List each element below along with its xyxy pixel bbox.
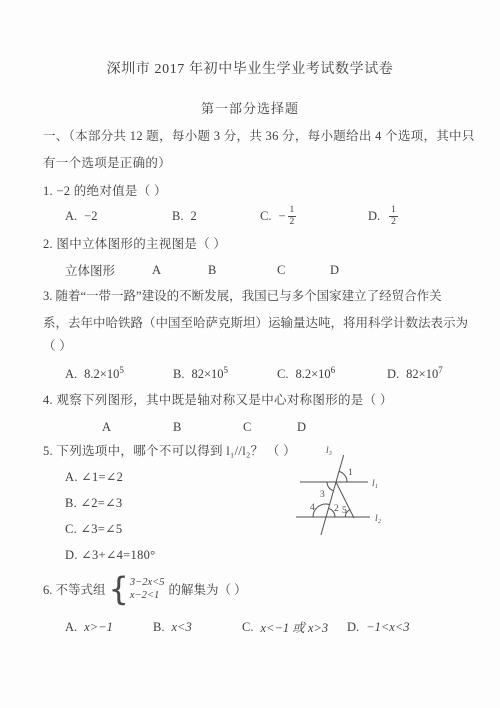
question-1-option-c: C. − 1 2	[260, 202, 296, 230]
fraction-denominator: 2	[391, 217, 396, 228]
question-5-option-c: C. ∠3=∠5	[65, 521, 122, 537]
question-3-line1: 3. 随着“一带一路”建设的不断发展，我国已与多个国家建立了经贸合作关	[43, 288, 442, 304]
option-value: −1<x<3	[366, 620, 409, 635]
page-title: 深圳市 2017 年初中毕业生学业考试数学试卷	[0, 62, 500, 78]
question-3-option-a: A. 8.2×105	[65, 360, 124, 388]
option-value: 8.2×106	[295, 367, 335, 382]
exponent: 6	[331, 364, 336, 374]
angle-2-label: 2	[334, 504, 339, 514]
question-6-option-d: D. −1<x<3	[347, 613, 410, 641]
question-5-stem: 5. 下列选项中，哪个不可以得到 l₁//l₂？ （ ）	[43, 443, 296, 459]
inequality-bottom: x−2<1	[130, 589, 165, 602]
angle-3-label: 3	[320, 490, 325, 500]
question-4-choices-row: A B C D	[0, 413, 500, 441]
choice-letter-b: B	[208, 256, 216, 284]
question-4-stem: 4. 观察下列图形，其中既是轴对称又是中心对称图形的是（ ）	[43, 392, 393, 408]
exponent: 5	[119, 364, 124, 374]
option-label: A.	[65, 367, 77, 382]
label-l2: l₂	[375, 514, 382, 524]
question-5-option-b: B. ∠2=∠3	[65, 495, 122, 511]
option-label: D.	[387, 367, 399, 382]
question-1-options: A. −2 B. 2 C. − 1 2 D. 1 2	[0, 202, 500, 230]
question-1-option-a: A. −2	[65, 202, 97, 230]
angle-5-label: 5	[342, 506, 347, 516]
question-2-stem: 2. 图中立体图形的主视图是（ ）	[43, 236, 226, 252]
question-3-option-c: C. 8.2×106	[277, 360, 335, 388]
option-value: −2	[84, 209, 97, 224]
question-6-option-a: A. x>−1	[65, 613, 113, 641]
question-5-option-d: D. ∠3+∠4=180°	[65, 547, 155, 563]
question-5-option-a: A. ∠1=∠2	[65, 469, 123, 485]
angle-3-arc	[327, 482, 334, 491]
fraction-numerator: 1	[288, 205, 297, 217]
inequality-top: 3−2x<5	[130, 576, 165, 589]
angle-4-label: 4	[310, 503, 315, 513]
inequality-system: 3−2x<5 x−2<1	[130, 576, 165, 602]
system-brace: {	[109, 572, 129, 606]
question-3-option-d: D. 82×107	[387, 360, 443, 388]
question-6-stem: 6. 不等式组 { 3−2x<5 x−2<1 的解集为（ ）	[43, 570, 247, 608]
option-label: A.	[65, 620, 77, 635]
section-heading: 第一部分选择题	[0, 101, 500, 117]
choice-letter-a: A	[102, 413, 111, 441]
exam-page: 深圳市 2017 年初中毕业生学业考试数学试卷 第一部分选择题 一、（本部分共 …	[0, 0, 500, 708]
question-3-line2: 系，去年中哈铁路（中国至哈萨克斯坦）运输量达吨，将用科学计数法表示为	[43, 315, 468, 331]
choice-letter-d: D	[297, 413, 306, 441]
choice-letter-c: C	[277, 256, 285, 284]
choice-letter-b: B	[173, 413, 181, 441]
choice-letter-c: C	[243, 413, 251, 441]
question-6-suffix: 的解集为（ ）	[168, 580, 246, 598]
option-value: x<3	[171, 620, 191, 635]
option-label: C.	[277, 367, 288, 382]
question-3-option-b: B. 82×105	[173, 360, 228, 388]
option-value: 82×105	[191, 367, 228, 382]
question-6-option-c: C. x<−1 或 x>3	[242, 613, 328, 641]
question-6-option-b: B. x<3	[153, 613, 192, 641]
label-l3: l₃	[326, 446, 332, 456]
question-1-stem: 1. −2 的绝对值是（ ）	[43, 183, 167, 199]
question-1-option-d: D. 1 2	[368, 202, 398, 230]
section-intro-line1: 一、（本部分共 12 题，每小题 3 分，共 36 分，每小题给出 4 个选项，…	[43, 128, 475, 144]
parallel-lines-figure: l₃ l₁ l₂ 1 3 4 2 5	[288, 440, 433, 545]
fraction-denominator: 2	[290, 217, 295, 228]
option-value: 8.2×105	[84, 367, 124, 382]
option-label: C.	[242, 620, 253, 635]
solid-figure-label: 立体图形	[65, 256, 115, 284]
option-label: C.	[260, 209, 271, 224]
question-3-options: A. 8.2×105 B. 82×105 C. 8.2×106 D. 82×10…	[0, 360, 500, 388]
choice-letter-d: D	[330, 256, 339, 284]
option-value: 2	[190, 209, 196, 224]
fraction: 1 2	[288, 205, 297, 228]
fraction-numerator: 1	[389, 205, 398, 217]
question-6-options: A. x>−1 B. x<3 C. x<−1 或 x>3 D. −1<x<3	[0, 613, 500, 641]
option-label: B.	[172, 209, 183, 224]
minus-sign: −	[278, 209, 285, 224]
question-2-choices-row: 立体图形 A B C D	[0, 256, 500, 284]
question-6-prefix: 6. 不等式组	[43, 580, 106, 598]
option-value: x>−1	[84, 620, 113, 635]
fraction: 1 2	[389, 205, 398, 228]
option-label: D.	[368, 209, 380, 224]
angle-1-label: 1	[348, 468, 353, 478]
question-3-line3: （ ）	[43, 338, 72, 354]
option-label: B.	[153, 620, 164, 635]
exponent: 5	[224, 364, 229, 374]
exponent: 7	[438, 364, 443, 374]
option-label: D.	[347, 620, 359, 635]
section-intro-line2: 有一个选项是正确的）	[43, 155, 171, 171]
option-value: 82×107	[406, 367, 443, 382]
option-label: A.	[65, 209, 77, 224]
angle-1-arc	[339, 471, 347, 482]
option-value: x<−1 或 x>3	[260, 618, 328, 636]
question-1-option-b: B. 2	[172, 202, 197, 230]
label-l1: l₁	[372, 479, 378, 489]
choice-letter-a: A	[152, 256, 161, 284]
option-label: B.	[173, 367, 184, 382]
